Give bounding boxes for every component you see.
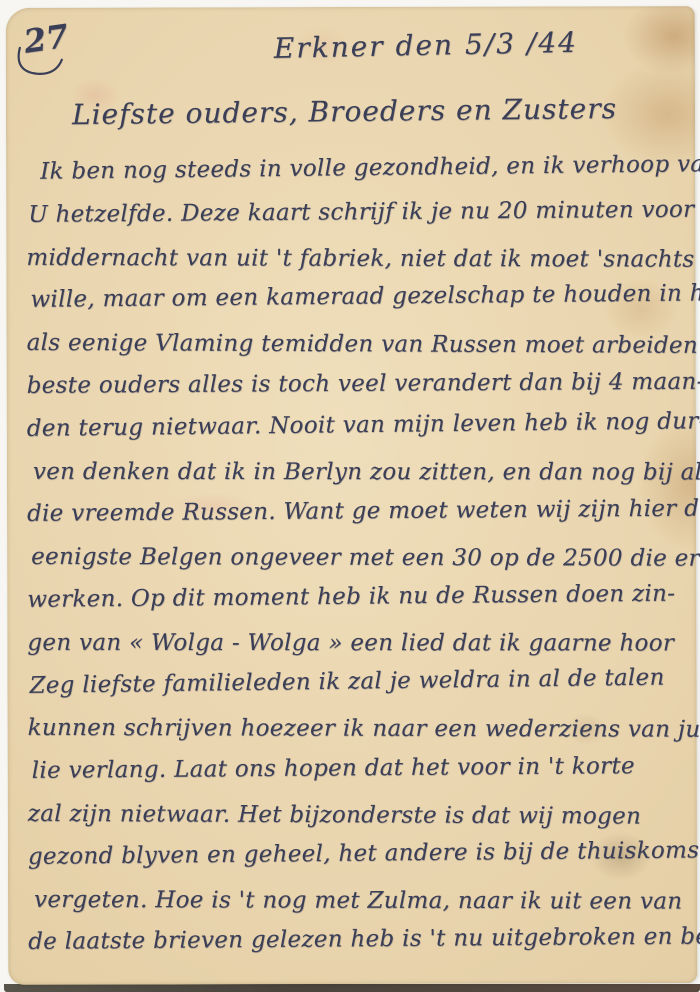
body-line: werken. Op dit moment heb ik nu de Russe… <box>27 572 691 621</box>
dateline: Erkner den 5/3 /44 <box>274 26 579 65</box>
scanned-postcard-page: 27 Erkner den 5/3 /44 Liefste ouders, Br… <box>0 0 700 992</box>
body-line: lie verlang. Laat ons hopen dat het voor… <box>28 745 692 793</box>
scanner-backing-strip <box>4 984 700 992</box>
body-line: de laatste brieven gelezen heb is 't nu … <box>28 916 692 964</box>
page-number-flourish-stroke <box>14 46 72 80</box>
body-line: Zeg liefste familieleden ik zal je weldr… <box>27 656 692 707</box>
body-line: die vreemde Russen. Want ge moet weten w… <box>27 488 691 536</box>
body-line: wille, maar om een kameraad gezelschap t… <box>26 273 690 322</box>
body-line: den terug nietwaar. Nooit van mijn leven… <box>27 400 691 450</box>
body-line: ven denken dat ik in Berlyn zou zitten, … <box>27 450 691 493</box>
body-line: Ik ben nog steeds in volle gezondheid, e… <box>26 143 690 193</box>
letter-body: Ik ben nog steeds in volle gezondheid, e… <box>26 149 692 964</box>
postcard-paper: 27 Erkner den 5/3 /44 Liefste ouders, Br… <box>6 6 698 985</box>
body-line: gezond blyven en geheel, het andere is b… <box>28 829 692 878</box>
salutation: Liefste ouders, Broeders en Zusters <box>72 92 617 131</box>
body-line: U hetzelfde. Deze kaart schrijf ik je nu… <box>26 188 690 236</box>
